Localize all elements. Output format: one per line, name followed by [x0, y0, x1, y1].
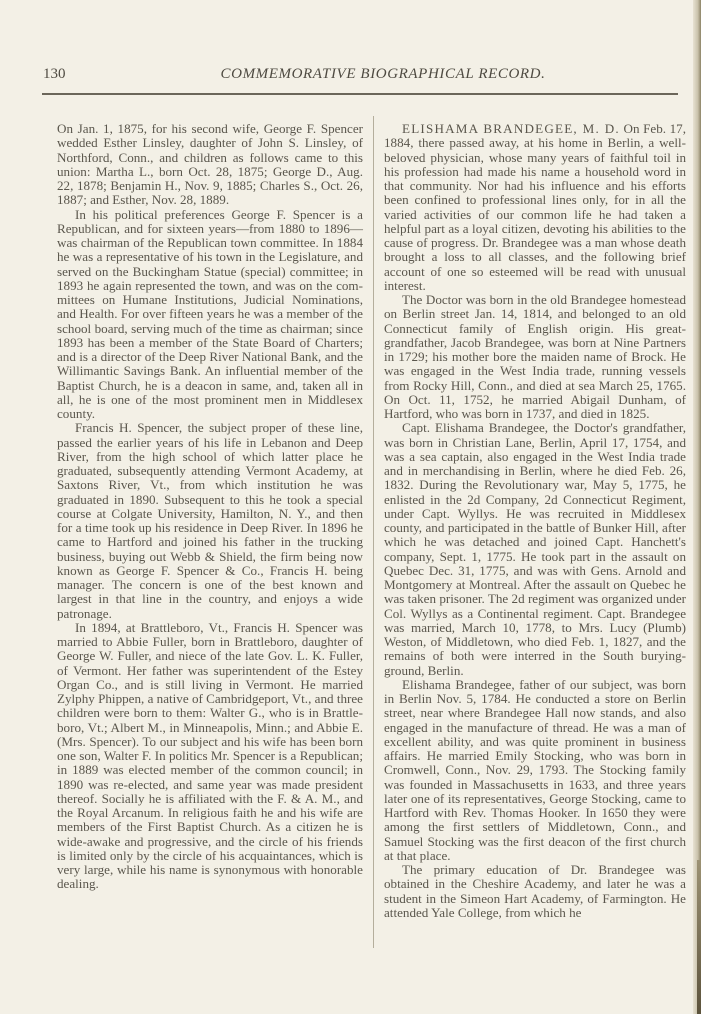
paragraph: The Doctor was born in the old Brandegee… [384, 293, 686, 421]
header-rule [42, 93, 678, 95]
biography-heading-name: ELISHAMA BRANDEGEE, M. D. [402, 121, 620, 136]
paragraph: In 1894, at Brattleboro, Vt., Francis H.… [57, 621, 363, 892]
paragraph: On Jan. 1, 1875, for his second wife, Ge… [57, 122, 363, 208]
page-edge-shadow [697, 860, 701, 1014]
paragraph: In his political preferences George F. S… [57, 208, 363, 422]
column-divider [373, 116, 374, 948]
paragraph: Francis H. Spencer, the subject proper o… [57, 421, 363, 621]
right-column: ELISHAMA BRANDEGEE, M. D. On Feb. 17, 18… [384, 122, 686, 920]
running-title: COMMEMORATIVE BIOGRAPHICAL RECORD. [153, 66, 613, 83]
paragraph: Capt. Elishama Brandegee, the Doctor's g… [384, 421, 686, 678]
biography-intro-paragraph: ELISHAMA BRANDEGEE, M. D. On Feb. 17, 18… [384, 122, 686, 293]
paragraph-text: On Feb. 17, 1884, there passed away, at … [384, 121, 686, 293]
left-column: On Jan. 1, 1875, for his second wife, Ge… [57, 122, 363, 892]
paragraph: The primary education of Dr. Brandegee w… [384, 863, 686, 920]
page-header: 130 COMMEMORATIVE BIOGRAPHICAL RECORD. [43, 66, 679, 86]
paragraph: Elishama Brandegee, father of our subjec… [384, 678, 686, 863]
page-number: 130 [43, 66, 66, 83]
